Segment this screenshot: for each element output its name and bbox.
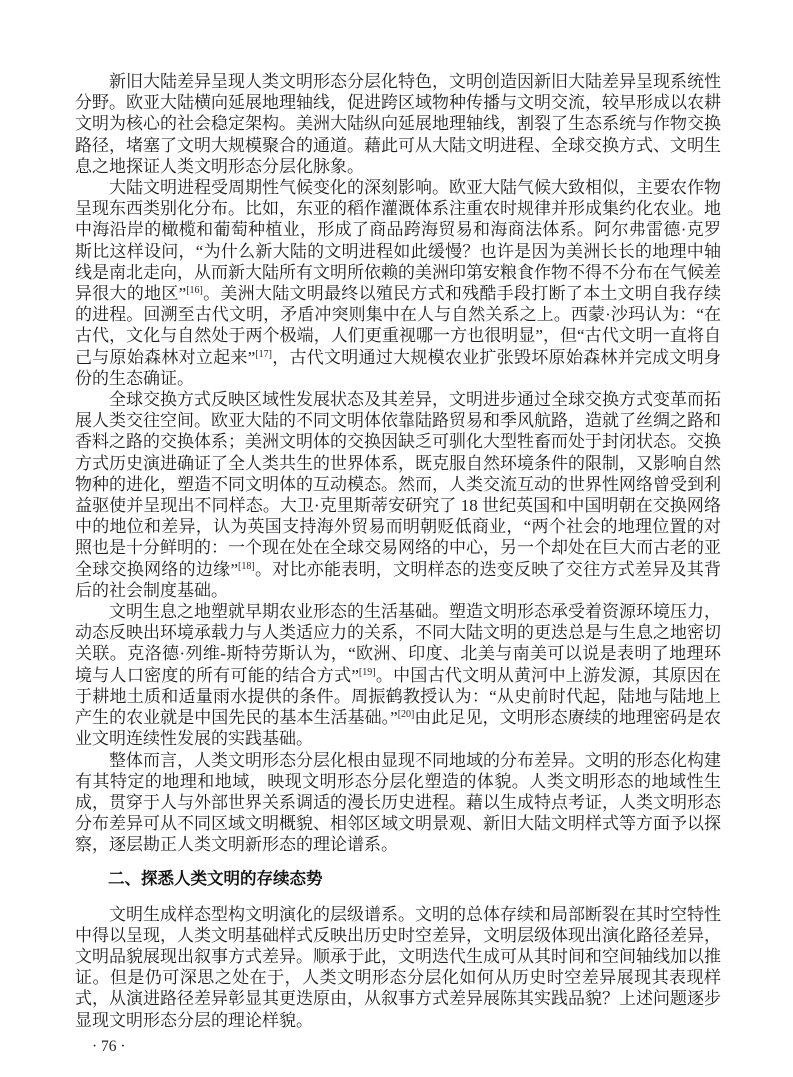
page-number: · 76 · bbox=[75, 1038, 721, 1056]
footnote-marker-16: [16] bbox=[186, 285, 203, 296]
paragraph-civilization-generation: 文明生成样态型构文明演化的层级谱系。文明的总体存续和局部断裂在其时空特性中得以呈… bbox=[75, 904, 721, 1031]
footnote-marker-20: [20] bbox=[398, 709, 415, 720]
section-heading: 二、探悉人类文明的存续态势 bbox=[75, 868, 721, 890]
paragraph-continental-civilization-climate: 大陆文明进程受周期性气候变化的深刻影响。欧亚大陆气候大致相似，主要农作物呈现东西… bbox=[75, 177, 721, 389]
footnote-marker-19: [19] bbox=[359, 667, 376, 678]
paragraph-overall-summary: 整体而言，人类文明形态分层化根由显现不同地域的分布差异。文明的形态化构建有其特定… bbox=[75, 750, 721, 856]
paragraph-new-old-continents: 新旧大陆差异呈现人类文明形态分层化特色，文明创造因新旧大陆差异呈现系统性分野。欧… bbox=[75, 71, 721, 177]
footnote-marker-18: [18] bbox=[238, 561, 255, 572]
document-page: 新旧大陆差异呈现人类文明形态分层化特色，文明创造因新旧大陆差异呈现系统性分野。欧… bbox=[0, 0, 793, 1077]
paragraph-global-exchange: 全球交换方式反映区域性发展状态及其差异，文明进步通过全球交换方式变革而拓展人类交… bbox=[75, 389, 721, 601]
footnote-marker-17: [17] bbox=[255, 349, 272, 360]
paragraph-civilization-habitat: 文明生息之地塑就早期农业形态的生活基础。塑造文明形态承受着资源环境压力，动态反映… bbox=[75, 601, 721, 749]
